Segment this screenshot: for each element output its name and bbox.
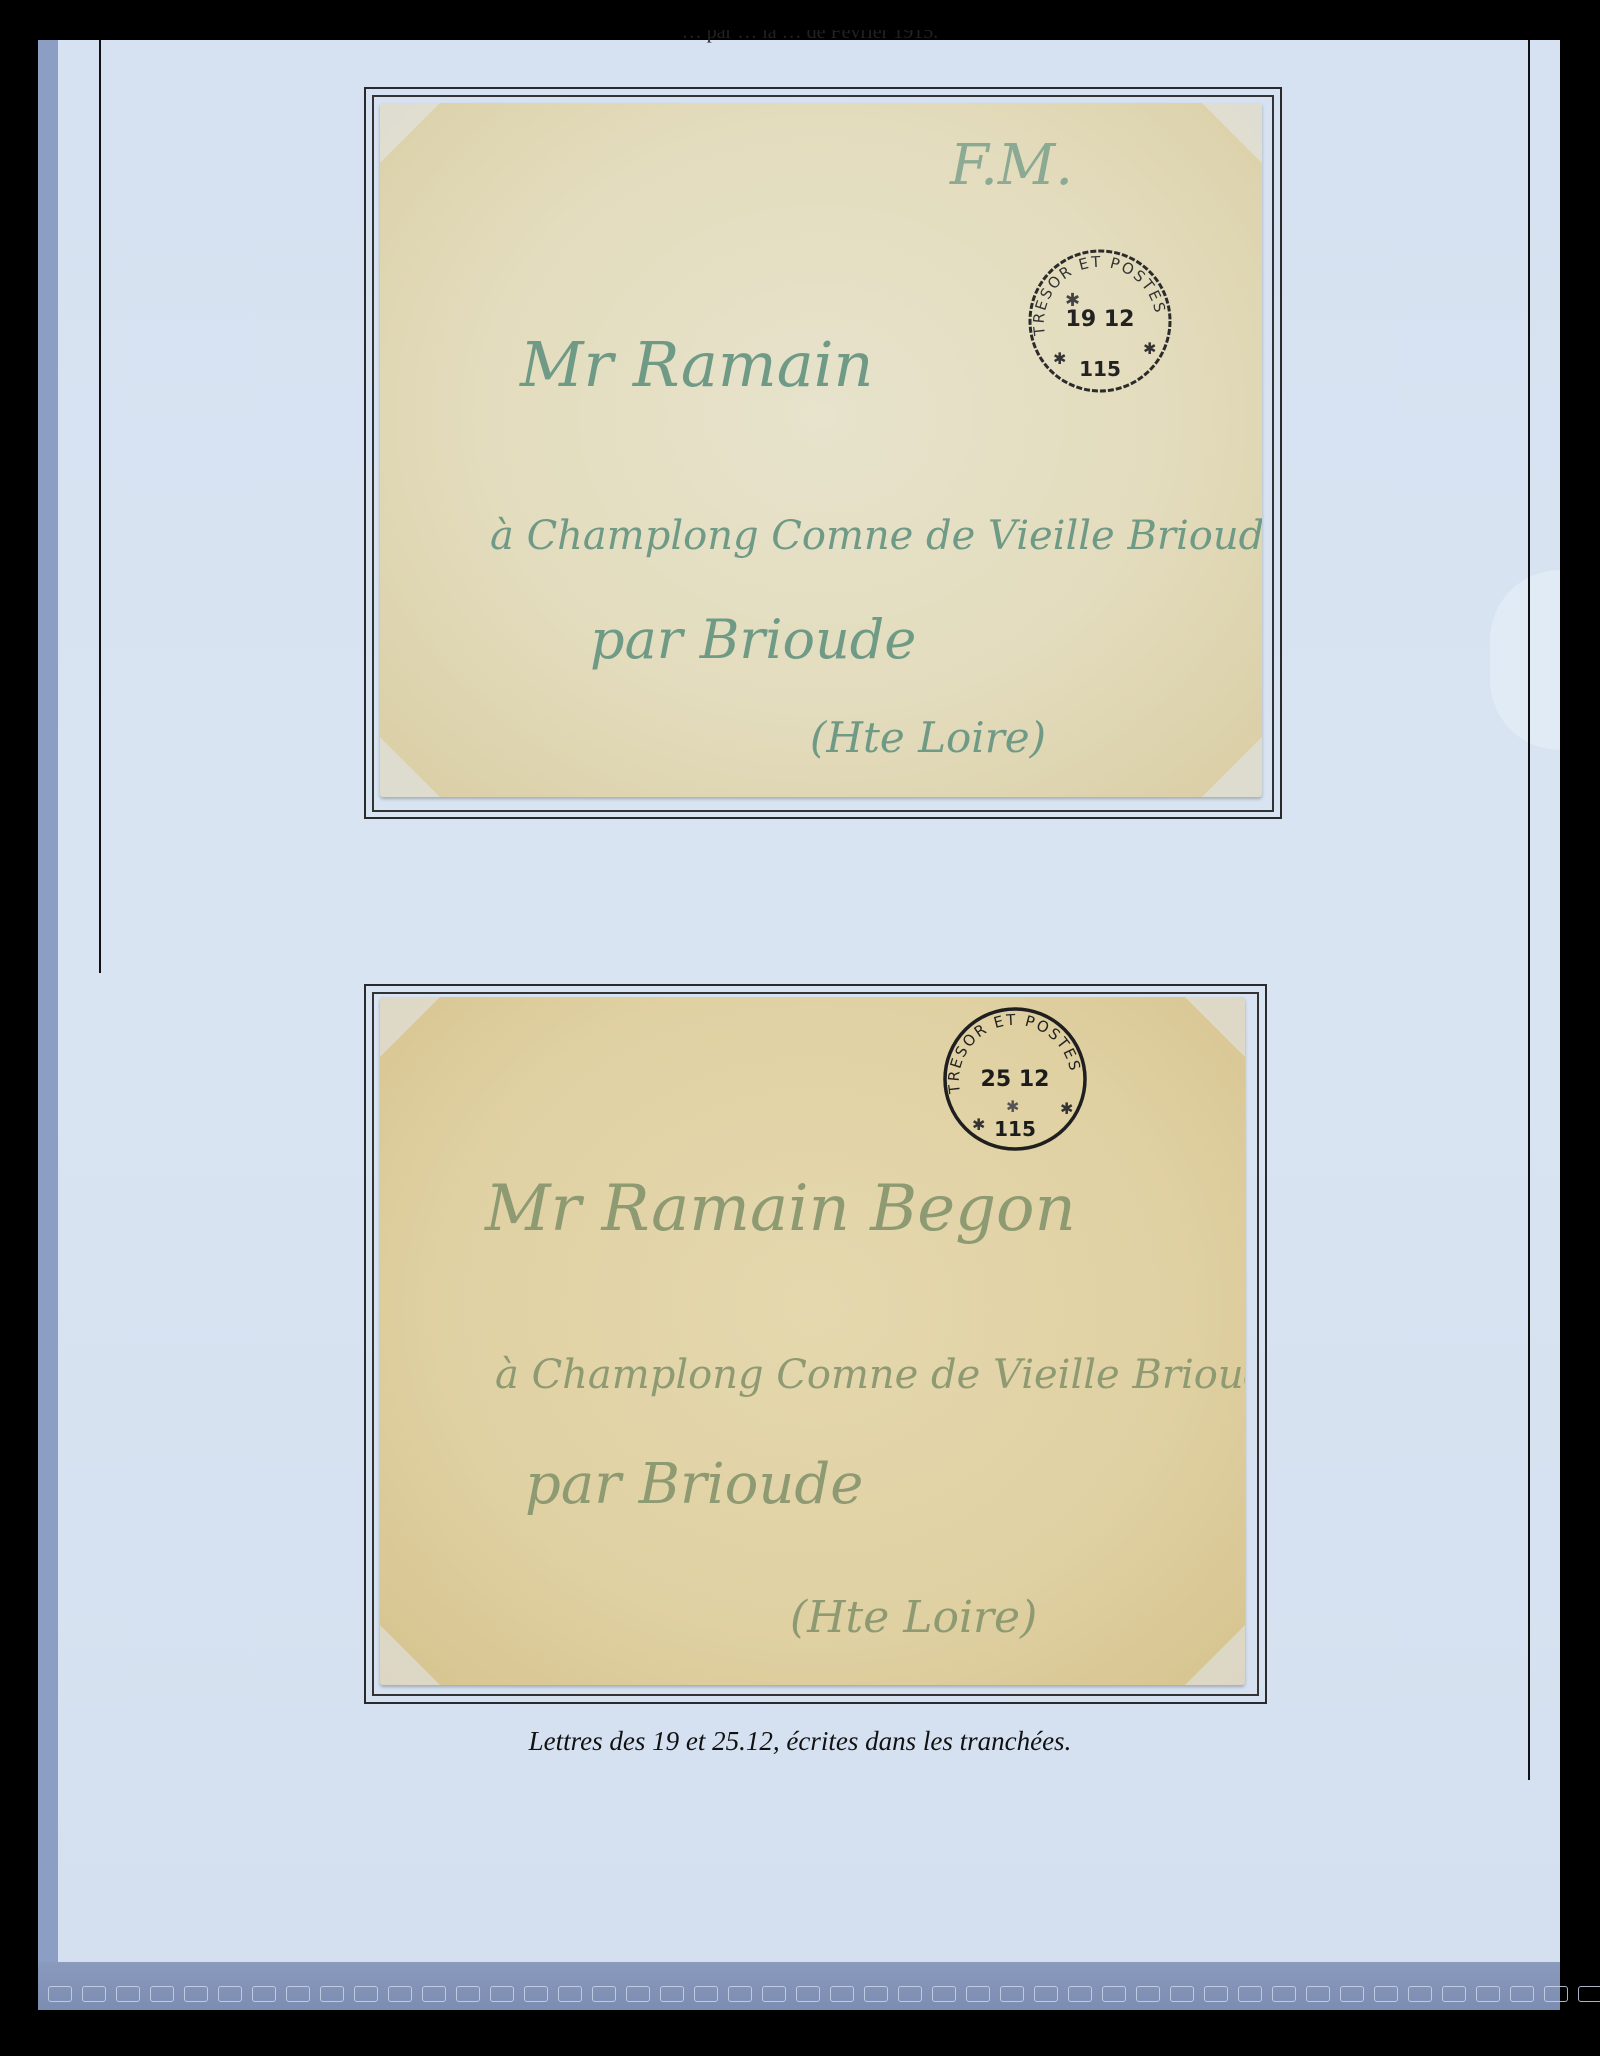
photo-corner (380, 997, 440, 1057)
binder-hole (728, 1986, 752, 2002)
binder-hole (456, 1986, 480, 2002)
binder-hole (558, 1986, 582, 2002)
svg-text:✱: ✱ (1053, 351, 1066, 368)
photo-corner (1202, 103, 1262, 163)
binder-hole (490, 1986, 514, 2002)
binder-hole (1306, 1986, 1330, 2002)
binder-hole (694, 1986, 718, 2002)
binder-hole (1544, 1986, 1568, 2002)
postmark-2: TRESOR ET POSTES 25 12 115 ✱ ✱ ✱ (940, 1004, 1090, 1154)
binder-hole (762, 1986, 786, 2002)
binder-hole (1510, 1986, 1534, 2002)
postmark-1: TRESOR ET POSTES 19 12 115 ✱ ✱ ✱ (1025, 246, 1175, 396)
binder-hole (1374, 1986, 1398, 2002)
binder-hole (1578, 1986, 1600, 2002)
svg-text:✱: ✱ (1060, 1101, 1073, 1118)
left-margin-rule (99, 40, 101, 973)
binder-hole (1102, 1986, 1126, 2002)
binder-hole (354, 1986, 378, 2002)
binder-hole (252, 1986, 276, 2002)
binder-hole (864, 1986, 888, 2002)
binder-hole (286, 1986, 310, 2002)
svg-text:✱: ✱ (1143, 341, 1156, 358)
binder-hole (1136, 1986, 1160, 2002)
binder-hole (1170, 1986, 1194, 2002)
photo-corner (380, 103, 440, 163)
binder-hole (660, 1986, 684, 2002)
binder-hole (1272, 1986, 1296, 2002)
binder-hole (116, 1986, 140, 2002)
binder-hole (1476, 1986, 1500, 2002)
binder-hole (184, 1986, 208, 2002)
binder-hole (218, 1986, 242, 2002)
svg-text:✱: ✱ (972, 1117, 985, 1134)
binder-hole (796, 1986, 820, 2002)
address-line-4: (Hte Loire) (790, 1592, 1037, 1643)
binder-hole (932, 1986, 956, 2002)
page-header-cropped: … par … la … de Février 1915. (420, 30, 1200, 44)
address-line-2: à Champlong Comne de Vieille Brioude (495, 1352, 1245, 1398)
page-caption: Lettres des 19 et 25.12, écrites dans le… (0, 1726, 1600, 1757)
binder-hole (830, 1986, 854, 2002)
binder-hole (48, 1986, 72, 2002)
binder-hole (1000, 1986, 1024, 2002)
svg-text:115: 115 (994, 1117, 1036, 1141)
binder-hole (1340, 1986, 1364, 2002)
address-line-1: Mr Ramain (520, 328, 873, 401)
svg-text:115: 115 (1079, 357, 1121, 381)
svg-text:✱: ✱ (1065, 290, 1080, 310)
address-line-3: par Brioude (525, 1452, 863, 1517)
address-line-1: Mr Ramain Begon (485, 1172, 1076, 1246)
svg-text:25 12: 25 12 (981, 1067, 1050, 1092)
binder-hole (626, 1986, 650, 2002)
binder-hole (320, 1986, 344, 2002)
binder-hole (592, 1986, 616, 2002)
binder-hole (898, 1986, 922, 2002)
page-left-edge (38, 40, 58, 2010)
address-line-4: (Hte Loire) (810, 713, 1046, 762)
photo-corner (380, 1625, 440, 1685)
address-line-3: par Brioude (590, 608, 916, 671)
photo-corner (1185, 1625, 1245, 1685)
envelope-2: Mr Ramain Begon à Champlong Comne de Vie… (380, 997, 1245, 1685)
right-margin-rule (1528, 40, 1530, 1780)
binder-hole (1408, 1986, 1432, 2002)
binder-hole (966, 1986, 990, 2002)
franchise-mark: F.M. (950, 133, 1073, 198)
photo-corner (380, 737, 440, 797)
binder-hole (388, 1986, 412, 2002)
binder-hole (1238, 1986, 1262, 2002)
binder-hole (422, 1986, 446, 2002)
binder-hole (1204, 1986, 1228, 2002)
binder-hole (524, 1986, 548, 2002)
binder-hole (1068, 1986, 1092, 2002)
svg-text:✱: ✱ (1006, 1099, 1019, 1116)
binder-holes (48, 1986, 1548, 2004)
address-line-2: à Champlong Comne de Vieille Brioude (490, 513, 1262, 559)
binder-hole (82, 1986, 106, 2002)
binder-hole (150, 1986, 174, 2002)
svg-text:19 12: 19 12 (1066, 307, 1135, 332)
binder-hole (1034, 1986, 1058, 2002)
photo-corner (1202, 737, 1262, 797)
envelope-1: F.M. Mr Ramain à Champlong Comne de Viei… (380, 103, 1262, 797)
binder-hole (1442, 1986, 1466, 2002)
photo-corner (1185, 997, 1245, 1057)
